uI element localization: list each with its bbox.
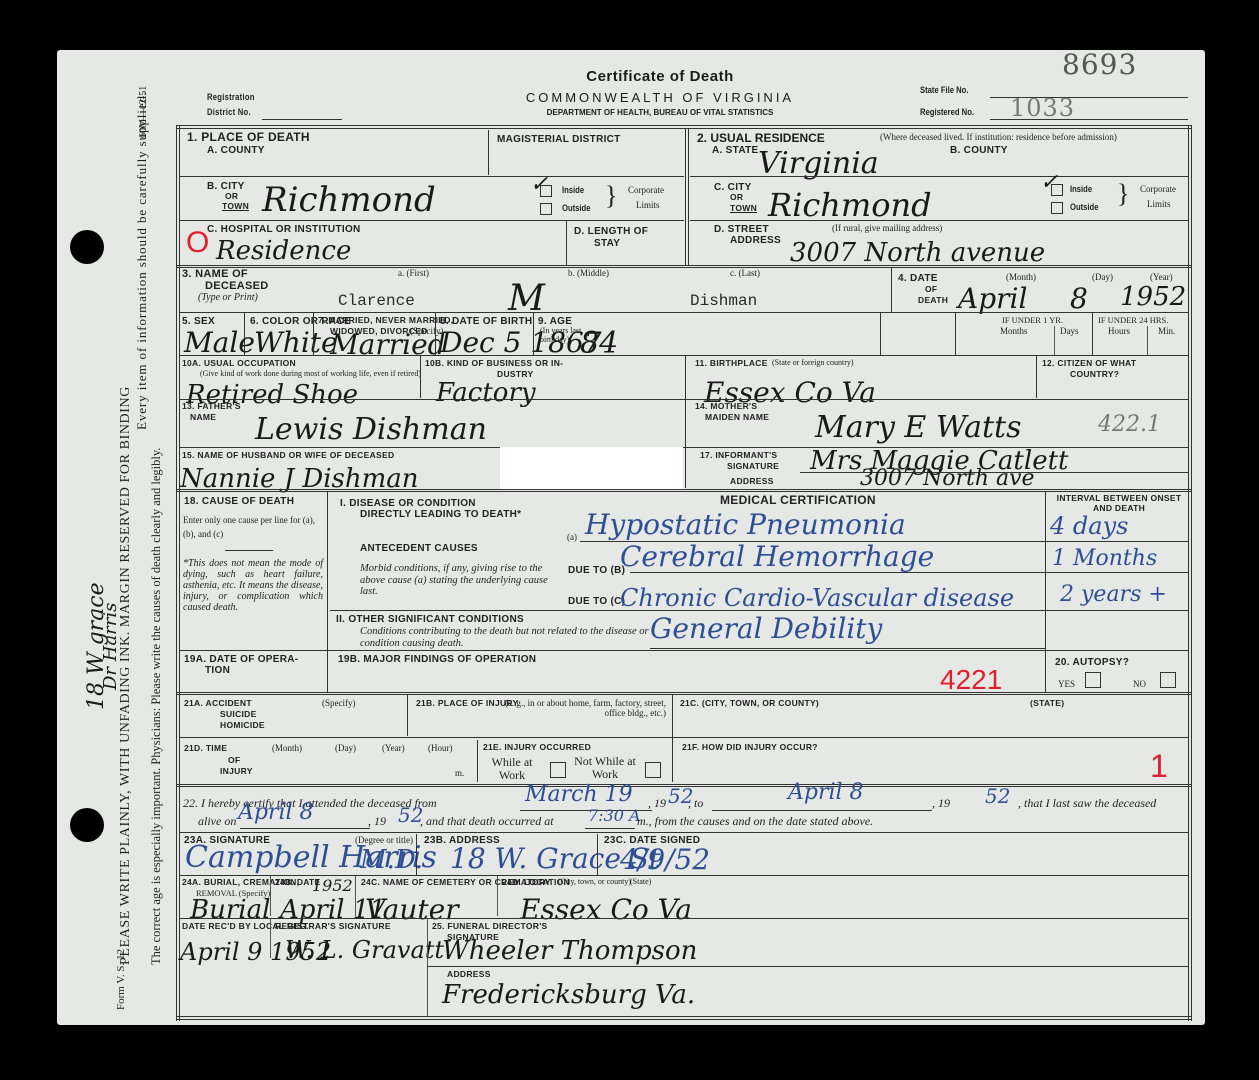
cause-of-death-label: 18. CAUSE OF DEATH (184, 496, 294, 508)
name-of-label: 3. NAME OF (182, 268, 248, 281)
operation-date-label: 19a. DATE OF OPERA- (184, 654, 298, 666)
interval-b-value: 1 Months (1052, 546, 1157, 571)
attend-to-value: April 8 (788, 780, 864, 805)
corporate-label: Corporate (628, 186, 664, 196)
death-city-value: Richmond (262, 180, 436, 220)
interval-c-value: 2 years + (1060, 582, 1167, 607)
cause-instruction: Enter only one cause per line for (a), (… (183, 514, 323, 541)
death-outside-checkbox[interactable] (540, 203, 552, 215)
citizen-label: 12. CITIZEN OF WHAT (1042, 359, 1136, 369)
rural-note: (If rural, give mailing address) (832, 224, 942, 234)
res-city-value: Richmond (768, 186, 932, 224)
autopsy-no-checkbox[interactable] (1160, 672, 1176, 688)
first-name-label: a. (First) (398, 269, 429, 279)
certify-text-2: , that I last saw the deceased (1018, 797, 1156, 810)
street-label: d. STREET (714, 224, 769, 236)
burial-location-note: (City, town, or county) (558, 878, 631, 887)
cause-i-label-2: DIRECTLY LEADING TO DEATH* (360, 509, 521, 521)
other-conditions-label: II. OTHER SIGNIFICANT CONDITIONS (336, 614, 524, 626)
time-of-injury-label: 21d. TIME (184, 744, 227, 754)
mother-value: Mary E Watts (815, 410, 1021, 445)
place-of-death-label: 1. PLACE OF DEATH (187, 131, 310, 145)
cause-i-label: I. DISEASE OR CONDITION (340, 498, 476, 510)
cause-footnote: *This does not mean the mode of dying, s… (183, 558, 323, 613)
marital-value: Married (330, 328, 446, 361)
res-outside-label: Outside (1070, 202, 1098, 212)
redacted-box (500, 447, 683, 489)
other-condition-value: General Debility (650, 612, 882, 645)
margin-instruction-3: The correct age is especially important.… (149, 448, 164, 965)
birthplace-note: (State or foreign country) (772, 359, 854, 368)
death-inside-checkmark: ✓ (530, 172, 548, 197)
type-or-print-label: (Type or Print) (198, 292, 258, 303)
res-inside-checkmark: ✓ (1040, 170, 1058, 195)
other-conditions-note: Conditions contributing to the death but… (360, 626, 660, 649)
registration-label: Registration (207, 92, 255, 102)
informant-address-label: ADDRESS (730, 477, 774, 487)
country-label: COUNTRY? (1070, 370, 1119, 380)
registrar-value: W. L. Gravatt (285, 936, 444, 964)
injury-occurred-label: 21e. INJURY OCCURRED (483, 743, 591, 753)
last-name-label: c. (Last) (730, 269, 760, 279)
res-town-label: TOWN (730, 204, 757, 214)
certify-19-b: , 19 (932, 797, 950, 810)
informant-signature-label: SIGNATURE (727, 462, 779, 472)
burial-year-value: 1952 (312, 876, 353, 895)
certify-19-a: , 19 (648, 797, 666, 810)
death-death-label: DEATH (918, 296, 948, 306)
antecedent-label: ANTECEDENT CAUSES (360, 543, 478, 555)
autopsy-yes-checkbox[interactable] (1085, 672, 1101, 688)
spouse-label: 15. NAME OF HUSBAND OR WIFE OF DECEASED (182, 451, 394, 461)
day-label: (Day) (1092, 273, 1113, 283)
death-time-value: 7:30 A (588, 806, 641, 825)
first-name-value: Clarence (338, 292, 415, 310)
death-year-value: 1952 (1120, 282, 1186, 312)
town-label: TOWN (222, 202, 249, 212)
death-of-label: OF (925, 285, 937, 295)
res-limits-label: Limits (1147, 200, 1171, 210)
alive-on-label: alive on (198, 815, 236, 828)
street-value: 3007 North avenue (790, 238, 1045, 268)
residence-note: (Where deceased lived. If institution: r… (880, 133, 1117, 143)
interval-a-value: 4 days (1050, 512, 1128, 540)
commonwealth-title: COMMONWEALTH OF VIRGINIA (440, 90, 880, 105)
while-at-work-label: While at Work (485, 756, 539, 782)
medical-certification-label: MEDICAL CERTIFICATION (720, 494, 876, 508)
injury-hour-label: (Hour) (428, 744, 453, 754)
not-while-at-work-label: Not While at Work (568, 755, 642, 781)
registered-number: 1033 (1010, 94, 1075, 122)
stamp-number: 8693 (1062, 48, 1137, 81)
morbid-note: Morbid conditions, if any, giving rise t… (360, 563, 560, 598)
due-to-c-label: DUE TO (c) (568, 596, 625, 608)
registered-label: Registered No. (920, 107, 974, 117)
funeral-director-value: Wheeler Thompson (442, 936, 697, 966)
injury-day-label: (Day) (335, 744, 356, 754)
last-seen-value: April 8 (238, 800, 314, 825)
place-of-injury-note: (e. g., in or about home, farm, factory,… (446, 699, 666, 719)
informant-label: 17. INFORMANT'S (700, 451, 777, 461)
injury-of-label: OF (228, 756, 240, 766)
certify-to: , to (688, 797, 703, 810)
due-to-b-label: DUE TO (b) (568, 565, 625, 577)
cause-b-value: Cerebral Hemorrhage (620, 540, 934, 573)
mother-note-value: 422.1 (1098, 412, 1161, 437)
homicide-label: HOMICIDE (220, 721, 265, 731)
occupation-label: 10a. USUAL OCCUPATION (182, 359, 296, 369)
injury-year-label: (Year) (382, 744, 405, 754)
certify-19-c: , 19 (368, 815, 386, 828)
while-at-work-checkbox[interactable] (550, 762, 566, 778)
certificate-title: Certificate of Death (460, 68, 860, 85)
red-tick-mark: 1 (1150, 748, 1168, 785)
interval-label: INTERVAL BETWEEN ONSET AND DEATH (1050, 494, 1188, 514)
accident-label: 21a. ACCIDENT (184, 699, 252, 709)
autopsy-no-label: NO (1133, 680, 1146, 690)
father-label: 13. FATHER'S (182, 402, 241, 412)
hospital-red-mark: O (186, 226, 209, 260)
binding-hole-top (70, 230, 104, 264)
attend-to-year-value: 52 (985, 784, 1010, 808)
death-day-value: 8 (1070, 282, 1088, 315)
injury-injury-label: INJURY (220, 767, 253, 777)
causes-stated-label: m., from the causes and on the date stat… (637, 815, 873, 828)
limits-label: Limits (636, 201, 660, 211)
informant-address-value: 3007 North ave (860, 466, 1035, 491)
accident-specify: (Specify) (322, 699, 356, 709)
mother-label: 14. MOTHER'S (695, 402, 757, 412)
father-value: Lewis Dishman (255, 412, 487, 447)
binding-hole-bottom (70, 808, 104, 842)
attend-from-value: March 19 (525, 782, 633, 807)
deceased-label: DECEASED (205, 280, 269, 293)
birthplace-label: 11. BIRTHPLACE (695, 359, 768, 369)
department-title: DEPARTMENT OF HEALTH, BUREAU OF VITAL ST… (460, 108, 860, 117)
middle-name-label: b. (Middle) (568, 269, 609, 279)
registrar-label: REGISTRAR'S SIGNATURE (275, 922, 391, 932)
min-label: Min. (1158, 327, 1175, 337)
months-label: Months (1000, 327, 1028, 337)
brace: } (605, 183, 617, 209)
business-label: 10b. KIND OF BUSINESS OR IN- (425, 359, 563, 369)
magisterial-district-label: MAGISTERIAL DISTRICT (497, 134, 621, 146)
under-24hrs-label: IF UNDER 24 HRS. (1098, 316, 1168, 325)
physician-degree-value: M.D. (360, 845, 423, 875)
autopsy-label: 20. AUTOPSY? (1055, 657, 1129, 669)
under-1yr-label: IF UNDER 1 YR. (1002, 316, 1063, 325)
operation-tion-label: TION (205, 665, 230, 677)
injury-state-label: (STATE) (1030, 699, 1064, 709)
margin-instruction-2: Every item of information should be care… (134, 91, 150, 430)
cause-a-label: (a) (567, 533, 577, 543)
funeral-director-label: 25. FUNERAL DIRECTOR'S (432, 922, 548, 932)
how-injury-label: 21f. HOW DID INJURY OCCUR? (682, 743, 818, 753)
hospital-label: c. HOSPITAL OR INSTITUTION (207, 224, 361, 236)
funeral-address-label: ADDRESS (447, 970, 491, 980)
hospital-value: Residence (216, 236, 351, 266)
stay-label: STAY (594, 238, 620, 250)
last-name-value: Dishman (690, 292, 757, 310)
funeral-address-value: Fredericksburg Va. (442, 980, 695, 1010)
usual-residence-label: 2. USUAL RESIDENCE (697, 131, 825, 145)
res-state-label: a. STATE (712, 145, 758, 157)
burial-state-label: (State) (630, 878, 651, 887)
inside-label: Inside (562, 185, 584, 195)
autopsy-yes-label: YES (1058, 680, 1075, 690)
street-address-label: ADDRESS (730, 235, 781, 247)
res-outside-checkbox[interactable] (1051, 202, 1063, 214)
days-label: Days (1060, 327, 1079, 337)
length-of-stay-label: d. LENGTH OF (574, 226, 648, 238)
county-label: a. COUNTY (207, 145, 265, 157)
outside-label: Outside (562, 203, 590, 213)
business-value: Factory (436, 378, 536, 408)
not-while-at-work-checkbox[interactable] (645, 762, 661, 778)
injury-m-label: m. (455, 769, 464, 779)
res-brace: } (1117, 181, 1129, 207)
date-signed-value: 4/9/52 (620, 843, 710, 876)
hours-label: Hours (1108, 327, 1130, 337)
operation-findings-label: 19b. MAJOR FINDINGS OF OPERATION (338, 654, 536, 666)
marital-label: 7. MARRIED, NEVER MARRIED, (318, 316, 453, 326)
occupation-note: (Give kind of work done during most of w… (200, 370, 430, 379)
father-name-label: NAME (190, 413, 216, 423)
cause-c-value: Chronic Cardio-Vascular disease (620, 584, 1014, 612)
death-occurred-label: , and that death occurred at (420, 815, 554, 828)
state-file-label: State File No. (920, 85, 968, 95)
death-month-value: April (958, 282, 1027, 315)
margin-handwriting-2: Dr Harris (100, 603, 121, 690)
district-label: District No. (207, 107, 251, 117)
maiden-name-label: MAIDEN NAME (705, 413, 769, 423)
cause-a-value: Hypostatic Pneumonia (585, 508, 906, 541)
injury-month-label: (Month) (272, 744, 302, 754)
res-inside-label: Inside (1070, 184, 1092, 194)
suicide-label: SUICIDE (220, 710, 257, 720)
injury-city-label: 21c. (CITY, TOWN, OR COUNTY) (680, 699, 819, 709)
res-corporate-label: Corporate (1140, 185, 1176, 195)
date-of-death-label: 4. DATE (898, 273, 938, 285)
res-or-label: OR (730, 193, 743, 203)
res-county-label: b. COUNTY (950, 145, 1008, 157)
